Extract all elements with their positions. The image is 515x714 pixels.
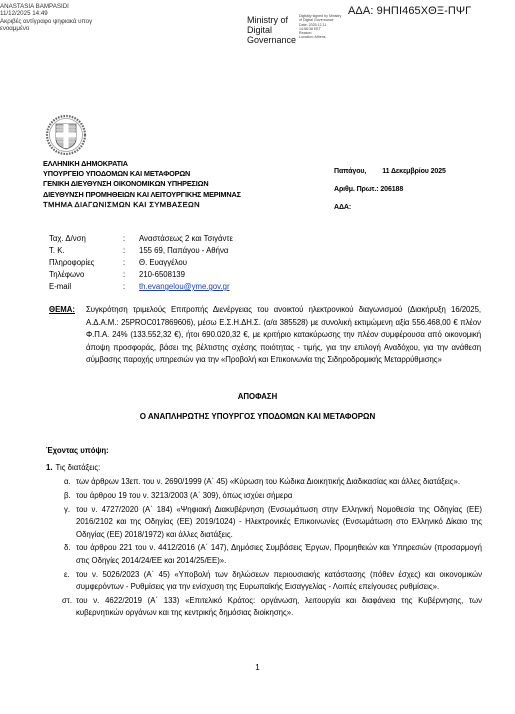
signature-org-line: Digital	[247, 25, 296, 35]
contact-row: Ταχ. Δ/νση:Αναστάσεως 2 και Τσιγάντε	[49, 233, 233, 245]
signature-note-cont: ενοαμμένο	[0, 25, 92, 32]
protocol-line: Αριθμ. Πρωτ.: 206188	[334, 181, 446, 199]
contact-value: Θ. Ευαγγέλου	[139, 257, 187, 269]
signer-name: ANASTASIA BAMPASIDI	[0, 3, 92, 10]
org-line-ministry: ΥΠΟΥΡΓΕΙΟ ΥΠΟΔΟΜΩΝ ΚΑΙ ΜΕΤΑΦΟΡΩΝ	[43, 169, 241, 179]
list-item: δ.του άρθρου 221 του ν. 4412/2016 (Α΄ 14…	[64, 542, 482, 567]
list-marker: β.	[64, 490, 76, 502]
provisions-list: 1.Τις διατάξεις: α.των άρθρων 13επ. του …	[46, 462, 482, 620]
contact-row: Πληροφορίες:Θ. Ευαγγέλου	[49, 257, 233, 269]
list-marker: στ.	[62, 595, 76, 620]
provision-heading: 1.Τις διατάξεις:	[46, 462, 482, 474]
decision-title: ΑΠΟΦΑΣΗ	[0, 392, 515, 401]
org-line-directorate: ΔΙΕΥΘΥΝΣΗ ΠΡΟΜΗΘΕΙΩΝ ΚΑΙ ΛΕΙΤΟΥΡΓΙΚΗΣ ΜΕ…	[43, 190, 241, 200]
list-marker: ε.	[64, 569, 76, 594]
list-marker: δ.	[64, 542, 76, 567]
list-item: β.του άρθρου 19 του ν. 3213/2003 (Α΄ 309…	[64, 490, 482, 502]
list-text: του ν. 4727/2020 (Α΄ 184) «Ψηφιακή Διακυ…	[76, 504, 482, 541]
page-number: 1	[0, 663, 515, 672]
signature-note: Ακριβές αντίγραφο ψηφιακά υπογ	[0, 18, 92, 25]
list-item: ε.του ν. 5026/2023 (Α΄ 45) «Υποβολή των …	[64, 569, 482, 594]
list-item: στ.του ν. 4622/2019 (Α΄ 133) «Επιτελικό …	[64, 595, 482, 620]
contact-row: Τηλέφωνο:210-6508139	[49, 269, 233, 281]
date-line: Παπάγου,11 Δεκεμβρίου 2025	[334, 163, 446, 181]
provision-heading-text: Τις διατάξεις:	[56, 463, 101, 472]
list-text: του ν. 4622/2019 (Α΄ 133) «Επιτελικό Κρά…	[76, 595, 482, 620]
provision-number: 1.	[46, 463, 53, 472]
list-item: α.των άρθρων 13επ. του ν. 2690/1999 (Α΄ …	[64, 476, 482, 488]
contact-row: Τ. Κ.:155 69, Παπάγου - Αθήνα	[49, 245, 233, 257]
subject-label: ΘΕΜΑ:	[49, 304, 86, 367]
contact-value: 155 69, Παπάγου - Αθήνα	[139, 245, 228, 257]
org-line-general-directorate: ΓΕΝΙΚΗ ΔΙΕΥΘΥΝΣΗ ΟΙΚΟΝΟΜΙΚΩΝ ΥΠΗΡΕΣΙΩΝ	[43, 179, 241, 189]
protocol-label: Αριθμ. Πρωτ.:	[334, 186, 379, 193]
signature-detail: Location: Athens	[299, 35, 341, 39]
ada-line: ΑΔΑ:	[334, 199, 446, 217]
place: Παπάγου,	[334, 168, 366, 175]
contact-label: Τηλέφωνο	[49, 269, 123, 281]
subject-block: ΘΕΜΑ: Συγκρότηση τριμελούς Επιτροπής Διε…	[49, 304, 481, 367]
contact-label: Τ. Κ.	[49, 245, 123, 257]
signature-datetime: 11/12/2025 14:49	[0, 10, 92, 17]
signature-details: Digitally signed by Ministry of Digital …	[299, 14, 341, 40]
org-line-department: ΤΜΗΜΑ ΔΙΑΓΩΝΙΣΜΩΝ ΚΑΙ ΣΥΜΒΑΣΕΩΝ	[43, 200, 241, 210]
signature-org-line: Governance	[247, 35, 296, 45]
contact-label: Ταχ. Δ/νση	[49, 233, 123, 245]
contact-label: E-mail	[49, 281, 123, 293]
list-text: του ν. 5026/2023 (Α΄ 45) «Υποβολή των δη…	[76, 569, 482, 594]
date: 11 Δεκεμβρίου 2025	[382, 168, 446, 175]
contact-block: Ταχ. Δ/νση:Αναστάσεως 2 και Τσιγάντε Τ. …	[49, 233, 233, 293]
list-text: του άρθρου 19 του ν. 3213/2003 (Α΄ 309),…	[76, 490, 292, 502]
email-link[interactable]: th.evangelou@yme.gov.gr	[139, 281, 230, 293]
list-text: του άρθρου 221 του ν. 4412/2016 (Α΄ 147)…	[76, 542, 482, 567]
contact-row: E-mail:th.evangelou@yme.gov.gr	[49, 281, 233, 293]
list-item: γ.του ν. 4727/2020 (Α΄ 184) «Ψηφιακή Δια…	[64, 504, 482, 541]
contact-value: Αναστάσεως 2 και Τσιγάντε	[139, 233, 233, 245]
list-text: των άρθρων 13επ. του ν. 2690/1999 (Α΄ 45…	[76, 476, 460, 488]
ada-header: ΑΔΑ: 9ΗΠΙ465ΧΘΞ-ΠΨΓ	[348, 5, 471, 17]
considering-label: Έχοντας υπόψη:	[46, 446, 109, 455]
signature-org: Ministry of Digital Governance	[247, 15, 296, 45]
org-line-republic: ΕΛΛΗΝΙΚΗ ΔΗΜΟΚΡΑΤΙΑ	[43, 159, 241, 169]
signature-org-line: Ministry of	[247, 15, 296, 25]
contact-label: Πληροφορίες	[49, 257, 123, 269]
signature-stamp-left: ANASTASIA BAMPASIDI 11/12/2025 14:49 Ακρ…	[0, 3, 92, 33]
list-marker: γ.	[64, 504, 76, 541]
protocol-number: 206188	[380, 186, 403, 193]
list-marker: α.	[64, 476, 76, 488]
decision-authority: Ο ΑΝΑΠΛΗΡΩΤΗΣ ΥΠΟΥΡΓΟΣ ΥΠΟΔΟΜΩΝ ΚΑΙ ΜΕΤΑ…	[0, 412, 515, 421]
contact-value: 210-6508139	[139, 269, 185, 281]
greek-emblem-icon	[44, 113, 88, 157]
document-meta: Παπάγου,11 Δεκεμβρίου 2025 Αριθμ. Πρωτ.:…	[334, 163, 446, 217]
organization-header: ΕΛΛΗΝΙΚΗ ΔΗΜΟΚΡΑΤΙΑ ΥΠΟΥΡΓΕΙΟ ΥΠΟΔΟΜΩΝ Κ…	[43, 159, 241, 210]
subject-text: Συγκρότηση τριμελούς Επιτροπής Διενέργει…	[86, 304, 481, 367]
